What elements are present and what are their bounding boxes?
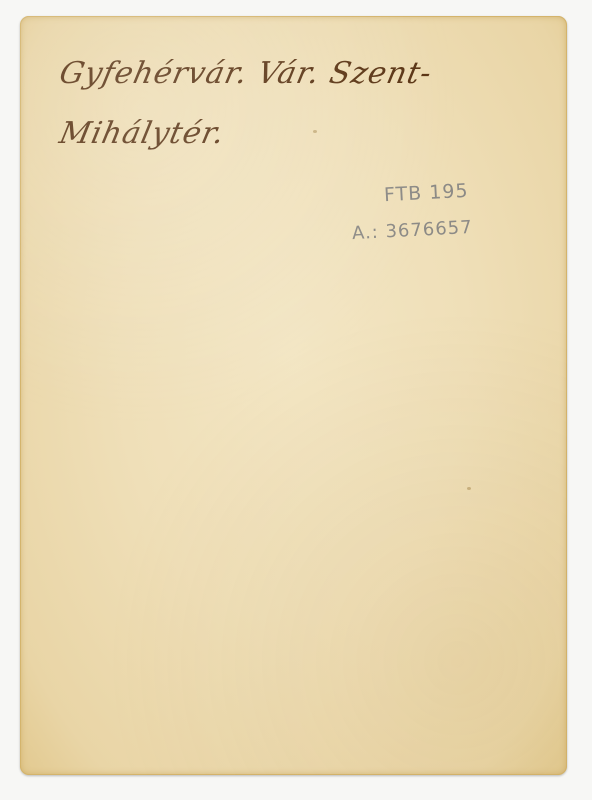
handwritten-caption-line-1: Gyfehérvár. Vár. Szent-: [56, 56, 435, 91]
paper-stain: [313, 130, 317, 133]
accession-number-note: A.: 3676657: [352, 217, 474, 244]
collection-reference-note: FTB 195: [383, 180, 469, 206]
paper-stain: [467, 487, 471, 490]
photo-card-back: Gyfehérvár. Vár. Szent- Mihálytér. FTB 1…: [20, 16, 567, 775]
handwritten-caption-line-2: Mihálytér.: [56, 116, 228, 151]
